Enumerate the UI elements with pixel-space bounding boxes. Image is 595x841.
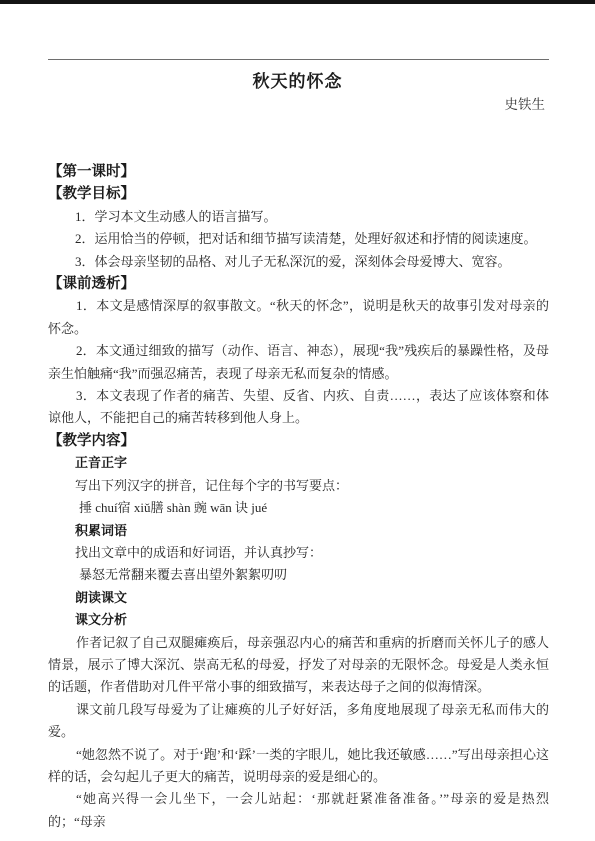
- section-heading: 【第一课时】: [48, 161, 549, 183]
- paragraph: “她高兴得一会儿坐下，一会儿站起：‘那就赶紧准备准备。’”母亲的爱是热烈的；“母…: [48, 788, 549, 833]
- scan-artifact-band: [0, 0, 595, 4]
- list-item: 3．体会母亲坚韧的品格、对儿子无私深沉的爱，深刻体会母爱博大、宽容。: [75, 251, 549, 273]
- subheading: 课文分析: [75, 609, 549, 631]
- list-item: 2．运用恰当的停顿，把对话和细节描写读清楚，处理好叙述和抒情的阅读速度。: [75, 228, 549, 250]
- subheading: 正音正字: [75, 452, 549, 474]
- idiom-line: 暴怒无常翻来覆去喜出望外絮絮叨叨: [79, 564, 549, 586]
- subheading: 积累词语: [75, 520, 549, 542]
- section-heading: 【课前透析】: [48, 273, 549, 295]
- body-text: 写出下列汉字的拼音，记住每个字的书写要点：: [75, 475, 549, 497]
- body-text: 找出文章中的成语和好词语，并认真抄写：: [75, 542, 549, 564]
- paragraph: 课文前几段写母爱为了让瘫痪的儿子好好活，多角度地展现了母亲无私而伟大的爱。: [48, 699, 549, 744]
- paragraph: 3．本文表现了作者的痛苦、失望、反省、内疚、自责……，表达了应该体察和体谅他人，…: [48, 385, 549, 430]
- paragraph: 作者记叙了自己双腿瘫痪后，母亲强忍内心的痛苦和重病的折磨而关怀儿子的感人情景，展…: [48, 632, 549, 699]
- document-body: 【第一课时】 【教学目标】 1．学习本文生动感人的语言描写。 2．运用恰当的停顿…: [48, 161, 549, 833]
- list-item: 1．学习本文生动感人的语言描写。: [75, 206, 549, 228]
- paragraph: 2．本文通过细致的描写（动作、语言、神态），展现“我”残疾后的暴躁性格，及母亲生…: [48, 340, 549, 385]
- paragraph: 1．本文是感情深厚的叙事散文。“秋天的怀念”，说明是秋天的故事引发对母亲的怀念。: [48, 295, 549, 340]
- header-rule: [48, 59, 549, 60]
- document-author: 史铁生: [48, 93, 545, 116]
- document-title: 秋天的怀念: [0, 71, 595, 93]
- document-page: 秋天的怀念 史铁生 【第一课时】 【教学目标】 1．学习本文生动感人的语言描写。…: [0, 0, 595, 841]
- paragraph: “她忽然不说了。对于‘跑’和‘踩’一类的字眼儿，她比我还敏感……”写出母亲担心这…: [48, 744, 549, 789]
- section-heading: 【教学内容】: [48, 430, 549, 452]
- section-heading: 【教学目标】: [48, 183, 549, 205]
- subheading: 朗读课文: [75, 587, 549, 609]
- pinyin-line: 捶 chuí宿 xiǔ膳 shàn 豌 wān 诀 jué: [79, 497, 549, 519]
